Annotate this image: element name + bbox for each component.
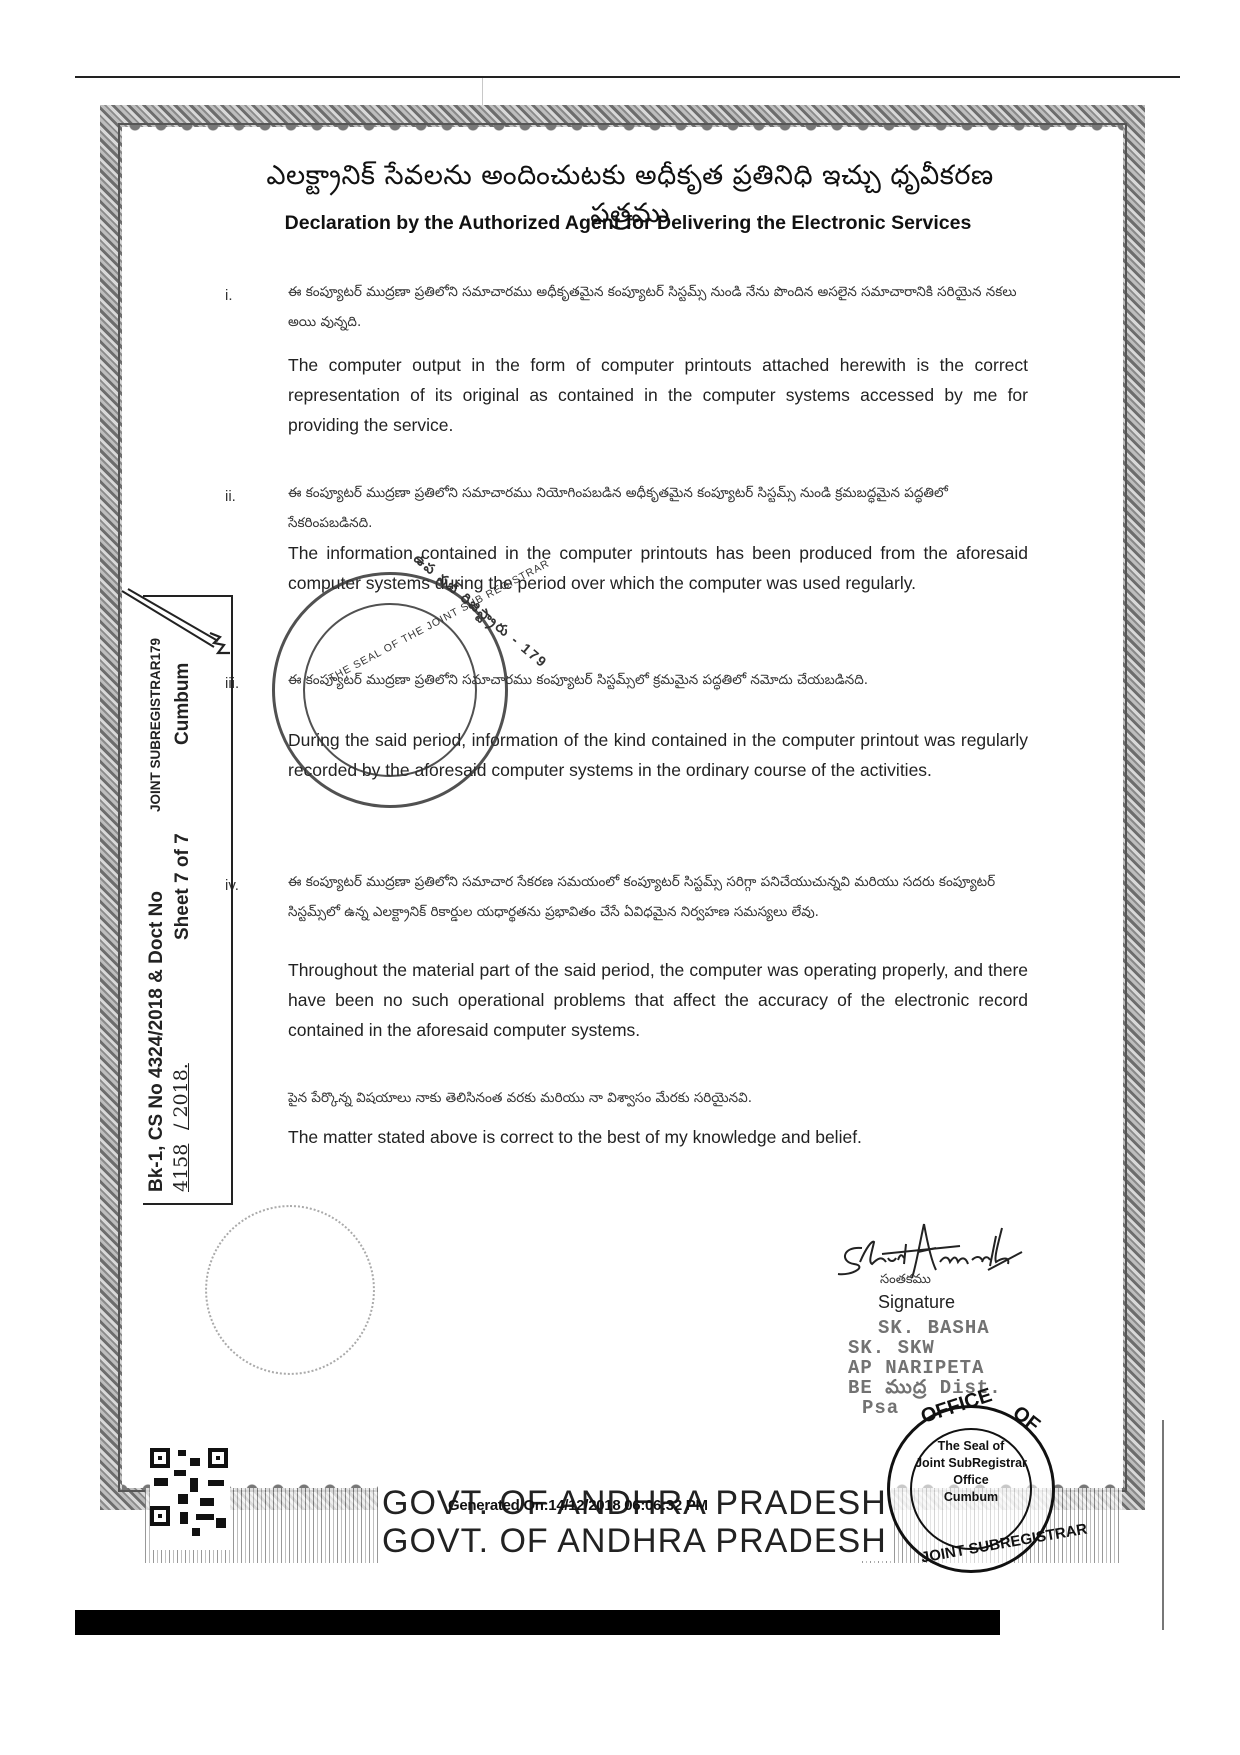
office-name: JOINT SUBREGISTRAR179 [148, 638, 163, 812]
seal-center-line: Cumbum [910, 1489, 1032, 1506]
stamp-line: AP NARIPETA [848, 1358, 1002, 1378]
sheet-count: Sheet 7 of 7 [172, 833, 194, 940]
office-place: Cumbum [172, 663, 194, 745]
seal-center-line: The Seal of [910, 1438, 1032, 1455]
closing-statement-english: The matter stated above is correct to th… [288, 1127, 862, 1148]
document-number-handwritten: 4158 [170, 1144, 192, 1192]
qr-code [150, 1448, 230, 1550]
item-number: i. [225, 287, 233, 304]
scan-edge-line [1162, 1420, 1164, 1630]
signature-label-telugu: సంతకము [880, 1272, 931, 1290]
item-english-text: The computer output in the form of compu… [288, 350, 1028, 440]
border-ornament-top [122, 125, 1123, 135]
closing-statement-telugu: పైన పేర్కొన్న విషయాలు నాకు తెలిసినంత వరక… [288, 1090, 752, 1109]
generated-timestamp: Generated On:14/12/2018 06:06:32 PM [448, 1497, 708, 1514]
signature-label-english: Signature [878, 1292, 955, 1313]
faint-seal-impression [205, 1205, 375, 1375]
handwritten-signature: Shaik Anwar Basha [832, 1218, 1042, 1282]
seal-center-line: Joint SubRegistrar [910, 1455, 1032, 1472]
title-english: Declaration by the Authorized Agent for … [228, 212, 1028, 235]
registration-endorsement-box: Bk-1, CS No 4324/2018 & Doct No 4158 / 2… [143, 595, 233, 1205]
seal-center-line: Office [910, 1472, 1032, 1489]
document-year-handwritten: / 2018. [170, 1063, 192, 1130]
item-telugu-text: ఈ కంప్యూటర్ ముద్రణా ప్రతిలోని సమాచారము న… [288, 478, 1018, 538]
item-telugu-text: ఈ కంప్యూటర్ ముద్రణా ప్రతిలోని సమాచారము అ… [288, 277, 1018, 337]
item-telugu-text: ఈ కంప్యూటర్ ముద్రణా ప్రతిలోని సమాచార సేక… [288, 867, 1018, 927]
top-rule [75, 76, 1180, 78]
item-number: ii. [225, 488, 236, 505]
seal-center-text: The Seal of Joint SubRegistrar Office Cu… [910, 1438, 1032, 1506]
item-english-text: Throughout the material part of the said… [288, 955, 1028, 1045]
redaction-bar [75, 1610, 1000, 1635]
stamp-line: SK. SKW [848, 1338, 1002, 1358]
book-cs-number: Bk-1, CS No 4324/2018 & Doct No [146, 891, 168, 1192]
stamp-line: SK. BASHA [848, 1318, 1002, 1338]
govt-watermark-line-2: GOVT. OF ANDHRA PRADESH [378, 1522, 891, 1561]
